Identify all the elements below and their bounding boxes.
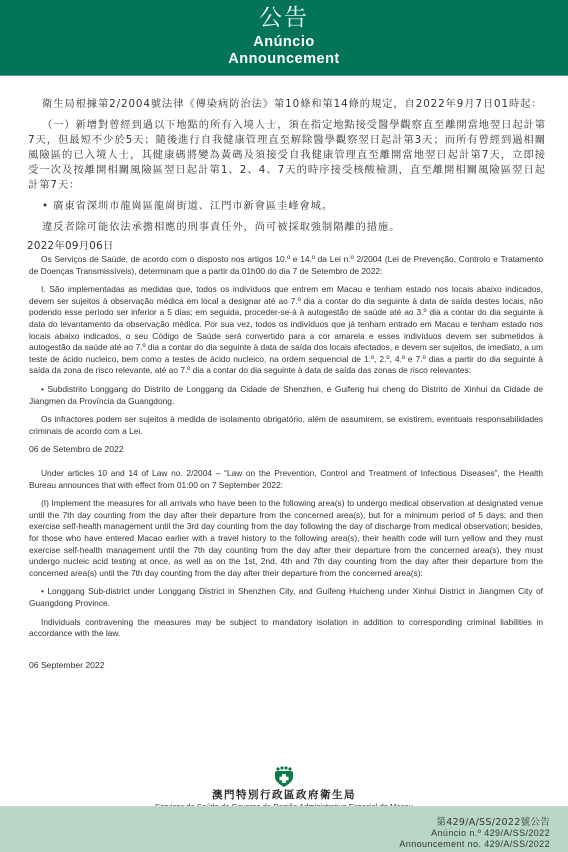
english-section: Under articles 10 and 14 of Law no. 2/20… [29, 468, 543, 671]
portuguese-section: Os Serviços de Saúde, de acordo com o di… [29, 254, 543, 456]
pt-intro: Os Serviços de Saúde, de acordo com o di… [29, 254, 543, 277]
ref-zh: 第429/A/SS/2022號公告 [436, 814, 550, 828]
zh-intro: 衛生局根據第2/2004號法律《傳染病防治法》第10條和第14條的規定，自202… [28, 97, 546, 112]
title-zh: 公告 [0, 0, 568, 31]
ref-en: Announcement no. 429/A/SS/2022 [399, 839, 550, 849]
pt-measure: I. São implementadas as medidas que, tod… [29, 284, 543, 377]
zh-measure: （一）新增對曾經到過以下地點的所有入境人士，須在指定地點接受醫學觀察直至離開當地… [28, 118, 546, 193]
health-bureau-logo-icon [0, 766, 568, 788]
announcement-header: 公告 Anúncio Announcement [0, 0, 568, 76]
zh-area: • 廣東省深圳市龍崗區龍崗街道、江門市新會區圭峰會城。 [28, 199, 546, 214]
en-measure: (I) Implement the measures for all arriv… [29, 498, 543, 579]
footer-organization: 澳門特別行政區政府衛生局 Serviços de Saúde do Govern… [0, 766, 568, 811]
en-penalty: Individuals contravening the measures ma… [29, 617, 543, 640]
title-pt: Anúncio [0, 34, 568, 51]
chinese-section: 衛生局根據第2/2004號法律《傳染病防治法》第10條和第14條的規定，自202… [28, 97, 546, 254]
zh-date: 2022年09月06日 [27, 239, 546, 254]
title-en: Announcement [0, 51, 568, 68]
org-name-zh: 澳門特別行政區政府衛生局 [0, 789, 568, 802]
en-area: • Longgang Sub-district under Longgang D… [29, 586, 543, 609]
footer-band: 第429/A/SS/2022號公告 Anúncio n.º 429/A/SS/2… [0, 806, 568, 852]
ref-pt: Anúncio n.º 429/A/SS/2022 [431, 828, 550, 838]
zh-penalty: 違反者除可能依法承擔相應的刑事責任外，尚可被採取強制隔離的措施。 [28, 220, 546, 235]
pt-date: 06 de Setembro de 2022 [29, 444, 543, 456]
en-intro: Under articles 10 and 14 of Law no. 2/20… [29, 468, 543, 491]
pt-area: • Subdistrito Longgang do Distrito de Lo… [29, 384, 543, 407]
pt-penalty: Os infractores podem ser sujeitos à medi… [29, 414, 543, 437]
en-date: 06 September 2022 [29, 660, 543, 672]
